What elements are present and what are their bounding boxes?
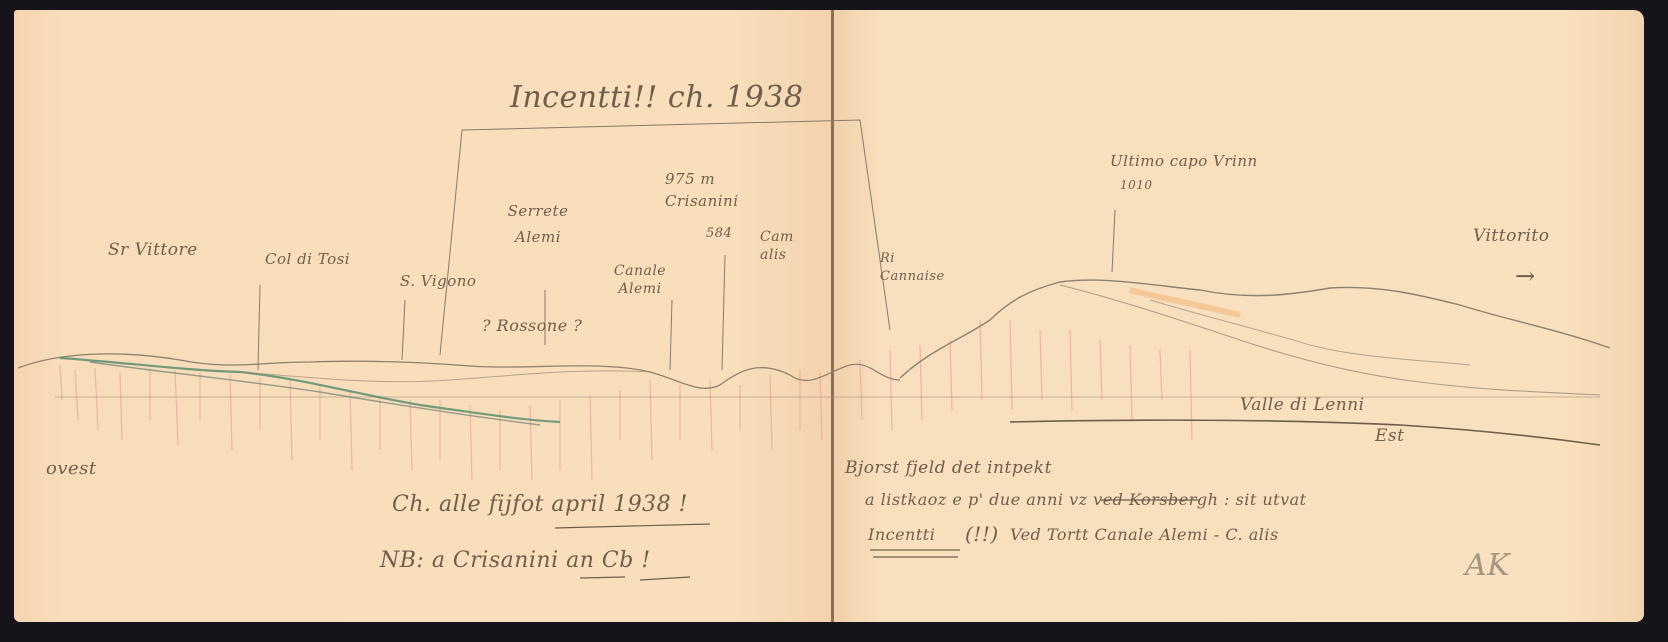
label-s-vittore: Sr Vittore xyxy=(108,240,198,260)
label-valle: Valle di Lenni xyxy=(1240,395,1365,415)
note-line-2: NB: a Crisanini an Cb ! xyxy=(380,548,651,573)
right-note-line-3: Ved Tortt Canale Alemi - C. alis xyxy=(1010,525,1279,544)
arrow-east-icon: → xyxy=(1515,262,1536,290)
label-summit: Ultimo capo Vrinn xyxy=(1110,152,1258,170)
red-hatching xyxy=(60,320,1192,480)
label-col: Col di Tosi xyxy=(265,250,350,268)
landscape-sketch xyxy=(0,0,1668,642)
label-elev-584: 584 xyxy=(706,226,732,241)
label-rossone: ? Rossone ? xyxy=(482,316,582,335)
right-note-exclaim: (!!) xyxy=(965,522,999,546)
label-canale-alemi: Canale Alemi xyxy=(605,262,675,298)
label-s-vigono: S. Vigono xyxy=(400,272,476,290)
label-vittorito: Vittorito xyxy=(1473,226,1549,246)
frame-lines xyxy=(258,120,1115,370)
label-elev-1010: 1010 xyxy=(1120,178,1153,192)
label-serrete-alemi: Serrete Alemi xyxy=(503,198,573,250)
note-line-1: Ch. alle fijfot april 1938 ! xyxy=(392,492,688,517)
valley-line xyxy=(1010,420,1600,445)
label-ovest: ovest xyxy=(46,458,97,479)
right-note-line-2: a listkaoz e p' due anni vz ved Korsberg… xyxy=(865,490,1307,509)
right-note-line-1: Bjorst fjeld det intpekt xyxy=(845,458,1052,478)
label-crisanini: 975 m Crisanini xyxy=(665,168,745,212)
page-title: Incentti!! ch. 1938 xyxy=(510,80,803,115)
right-note-incentti: Incentti xyxy=(868,525,935,544)
label-ri-cannaise: Ri Cannaise xyxy=(880,250,950,286)
label-est: Est xyxy=(1375,426,1404,446)
label-cam-alis: Cam alis xyxy=(760,228,800,264)
signature: AK xyxy=(1465,548,1510,583)
